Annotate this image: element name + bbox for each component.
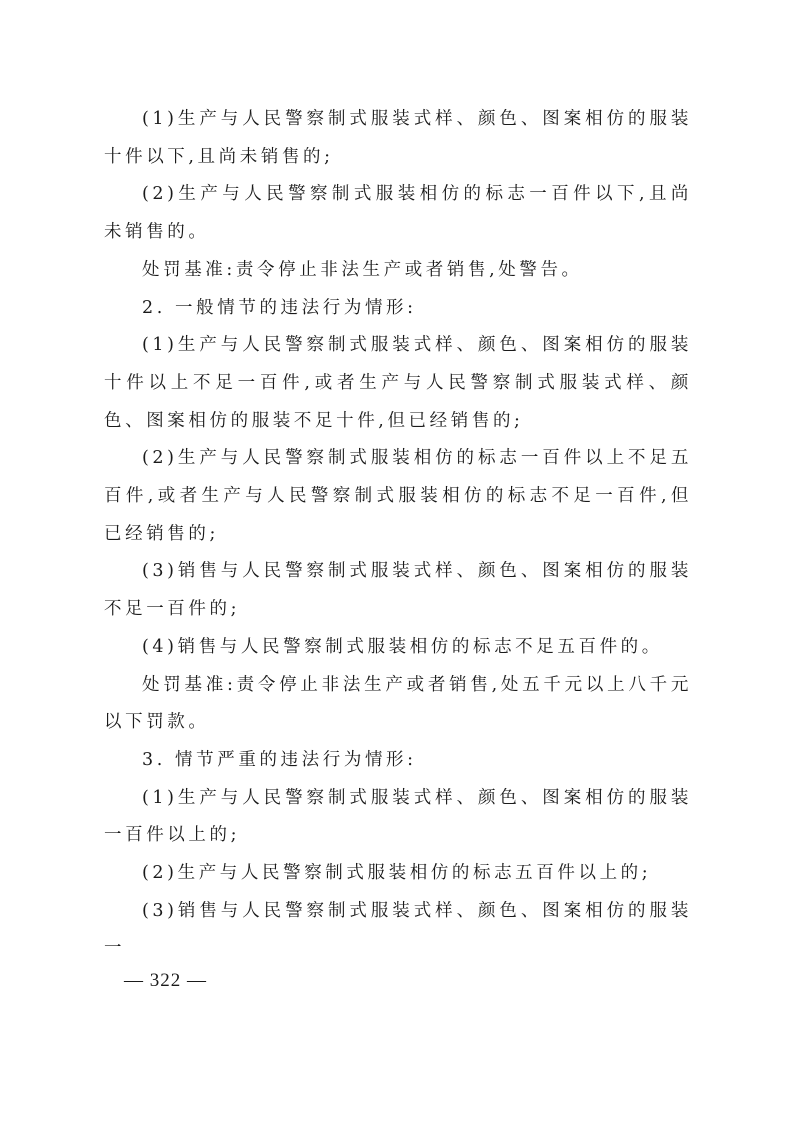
section-heading-general: 2. 一般情节的违法行为情形: [104,290,692,328]
document-body: (1)生产与人民警察制式服装式样、颜色、图案相仿的服装十件以下,且尚未销售的; … [104,101,692,968]
penalty-standard-minor: 处罚基准:责令停止非法生产或者销售,处警告。 [104,252,692,290]
paragraph-item-1-1: (1)生产与人民警察制式服装式样、颜色、图案相仿的服装十件以下,且尚未销售的; [104,101,692,176]
paragraph-item-2-3: (3)销售与人民警察制式服装式样、颜色、图案相仿的服装不足一百件的; [104,553,692,628]
section-heading-serious: 3. 情节严重的违法行为情形: [104,742,692,780]
penalty-standard-general: 处罚基准:责令停止非法生产或者销售,处五千元以上八千元以下罚款。 [104,667,692,742]
paragraph-item-3-1: (1)生产与人民警察制式服装式样、颜色、图案相仿的服装一百件以上的; [104,780,692,855]
paragraph-item-1-2: (2)生产与人民警察制式服装相仿的标志一百件以下,且尚未销售的。 [104,176,692,251]
page-number: — 322 — [124,962,207,999]
paragraph-item-3-3: (3)销售与人民警察制式服装式样、颜色、图案相仿的服装一 [104,893,692,968]
paragraph-item-2-4: (4)销售与人民警察制式服装相仿的标志不足五百件的。 [104,629,692,667]
paragraph-item-2-2: (2)生产与人民警察制式服装相仿的标志一百件以上不足五百件,或者生产与人民警察制… [104,440,692,553]
paragraph-item-3-2: (2)生产与人民警察制式服装相仿的标志五百件以上的; [104,855,692,893]
paragraph-item-2-1: (1)生产与人民警察制式服装式样、颜色、图案相仿的服装十件以上不足一百件,或者生… [104,327,692,440]
